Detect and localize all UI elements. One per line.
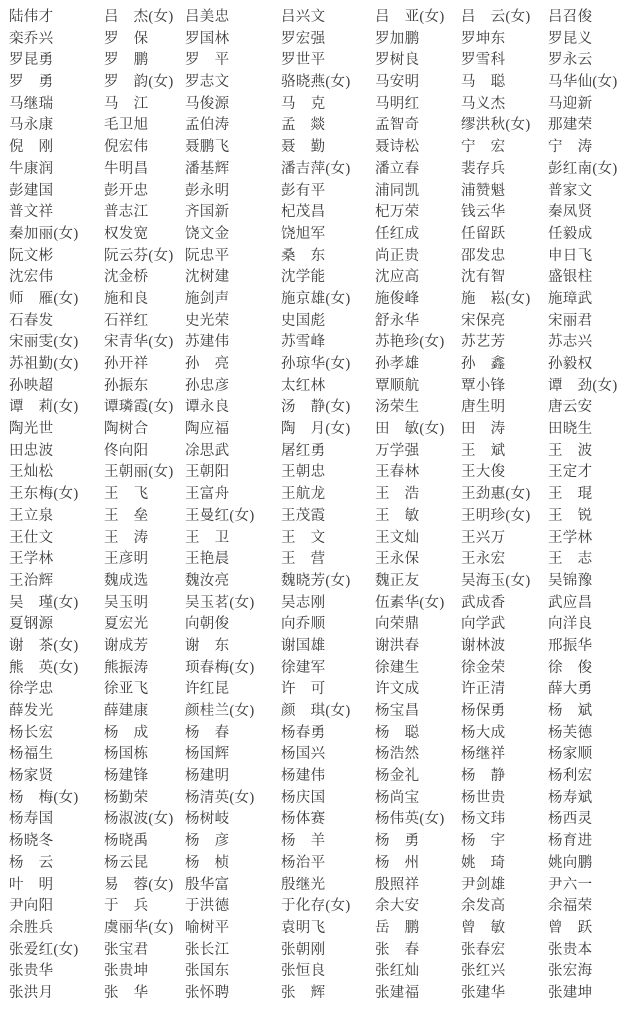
name-cell: 吕 亚(女) xyxy=(375,7,461,29)
name-cell: 马明红 xyxy=(375,94,461,116)
name-cell: 张建坤 xyxy=(548,983,638,1005)
name-cell: 唐生明 xyxy=(461,397,548,419)
name-cell: 王春林 xyxy=(375,462,461,484)
name-cell: 熊 英(女) xyxy=(9,658,104,680)
name-cell: 魏成选 xyxy=(104,571,185,593)
name-cell: 苏艺芳 xyxy=(461,332,548,354)
name-cell: 阮文彬 xyxy=(9,246,104,268)
name-cell: 施京雄(女) xyxy=(281,289,375,311)
name-cell: 杨 春 xyxy=(185,723,281,745)
name-cell: 宁 涛 xyxy=(548,137,638,159)
name-cell: 王劲惠(女) xyxy=(461,484,548,506)
name-cell: 钱云华 xyxy=(461,202,548,224)
name-cell: 杨寿国 xyxy=(9,809,104,831)
name-cell: 罗 鹏 xyxy=(104,50,185,72)
name-cell: 王 志 xyxy=(548,549,638,571)
name-cell: 秦加丽(女) xyxy=(9,224,104,246)
name-cell: 史光荣 xyxy=(185,311,281,333)
name-cell: 孟 燚 xyxy=(281,115,375,137)
name-cell: 杨体赛 xyxy=(281,809,375,831)
name-cell: 聂诗松 xyxy=(375,137,461,159)
name-cell: 尹向阳 xyxy=(9,896,104,918)
name-cell: 孟智奇 xyxy=(375,115,461,137)
name-cell: 谭 莉(女) xyxy=(9,397,104,419)
name-cell: 田晓生 xyxy=(548,419,638,441)
name-cell: 王明珍(女) xyxy=(461,506,548,528)
name-cell: 杨福生 xyxy=(9,744,104,766)
name-cell: 申日飞 xyxy=(548,246,638,268)
name-cell: 王朝丽(女) xyxy=(104,462,185,484)
name-cell: 马 克 xyxy=(281,94,375,116)
name-cell: 许 可 xyxy=(281,679,375,701)
name-cell: 孙琼华(女) xyxy=(281,354,375,376)
name-cell: 沈树建 xyxy=(185,267,281,289)
name-cell: 孙 亮 xyxy=(185,354,281,376)
name-cell: 石祥红 xyxy=(104,311,185,333)
name-cell: 杨 斌 xyxy=(548,701,638,723)
name-cell: 吴 瑾(女) xyxy=(9,593,104,615)
name-cell: 罗加鹏 xyxy=(375,29,461,51)
name-cell: 王茂霞 xyxy=(281,506,375,528)
name-cell: 王灿松 xyxy=(9,462,104,484)
name-cell: 谢洪春 xyxy=(375,636,461,658)
name-cell: 熊振涛 xyxy=(104,658,185,680)
name-cell: 尹剑雄 xyxy=(461,875,548,897)
name-cell: 王文灿 xyxy=(375,528,461,550)
name-cell: 毛卫旭 xyxy=(104,115,185,137)
name-cell: 张 华 xyxy=(104,983,185,1005)
name-cell: 王永保 xyxy=(375,549,461,571)
name-cell: 浦同凯 xyxy=(375,181,461,203)
name-cell: 张宏海 xyxy=(548,961,638,983)
name-cell: 向洋良 xyxy=(548,614,638,636)
name-cell: 罗 平 xyxy=(185,50,281,72)
name-cell: 阮云芬(女) xyxy=(104,246,185,268)
name-cell: 谭 劲(女) xyxy=(548,376,638,398)
name-cell: 魏正友 xyxy=(375,571,461,593)
name-cell: 施剑声 xyxy=(185,289,281,311)
name-cell: 袁明飞 xyxy=(281,918,375,940)
name-cell: 万学强 xyxy=(375,441,461,463)
name-cell: 王 斌 xyxy=(461,441,548,463)
name-cell: 苏雪峰 xyxy=(281,332,375,354)
name-cell: 马 江 xyxy=(104,94,185,116)
name-cell: 杨晓冬 xyxy=(9,831,104,853)
name-cell: 张宝君 xyxy=(104,940,185,962)
name-cell: 苏祖勤(女) xyxy=(9,354,104,376)
name-cell: 杨育进 xyxy=(548,831,638,853)
name-cell: 倪宏伟 xyxy=(104,137,185,159)
name-cell: 沈学能 xyxy=(281,267,375,289)
name-cell: 缪洪秋(女) xyxy=(461,115,548,137)
name-cell: 陶 月(女) xyxy=(281,419,375,441)
name-cell: 罗永云 xyxy=(548,50,638,72)
name-cell: 邵发忠 xyxy=(461,246,548,268)
name-cell: 杨伟英(女) xyxy=(375,809,461,831)
name-cell: 凃思武 xyxy=(185,441,281,463)
name-cell: 张建华 xyxy=(461,983,548,1005)
name-cell: 吕 杰(女) xyxy=(104,7,185,29)
name-cell: 陆伟才 xyxy=(9,7,104,29)
name-cell: 王治辉 xyxy=(9,571,104,593)
name-cell: 岳 鹏 xyxy=(375,918,461,940)
name-cell: 裴存兵 xyxy=(461,159,548,181)
name-cell: 张贵本 xyxy=(548,940,638,962)
name-cell: 吕召俊 xyxy=(548,7,638,29)
name-cell: 杨 羊 xyxy=(281,831,375,853)
name-cell: 姚向鹏 xyxy=(548,853,638,875)
name-cell: 杨尚宝 xyxy=(375,788,461,810)
name-cell: 徐学忠 xyxy=(9,679,104,701)
name-cell: 彭永明 xyxy=(185,181,281,203)
name-cell: 谢 东 xyxy=(185,636,281,658)
name-cell: 谢 茶(女) xyxy=(9,636,104,658)
name-cell: 夏钢源 xyxy=(9,614,104,636)
name-cell: 张红灿 xyxy=(375,961,461,983)
name-cell: 马继瑞 xyxy=(9,94,104,116)
name-cell: 孙振东 xyxy=(104,376,185,398)
name-cell: 孙忠彦 xyxy=(185,376,281,398)
name-cell: 汤 静(女) xyxy=(281,397,375,419)
name-cell: 杨 聪 xyxy=(375,723,461,745)
name-cell: 颜 琪(女) xyxy=(281,701,375,723)
name-cell: 吴玉茗(女) xyxy=(185,593,281,615)
name-cell: 王立泉 xyxy=(9,506,104,528)
name-cell: 王曼红(女) xyxy=(185,506,281,528)
name-cell: 杨金礼 xyxy=(375,766,461,788)
name-cell: 许正清 xyxy=(461,679,548,701)
name-cell: 张红兴 xyxy=(461,961,548,983)
name-cell: 余发高 xyxy=(461,896,548,918)
name-cell: 杨 云 xyxy=(9,853,104,875)
name-cell: 田忠波 xyxy=(9,441,104,463)
name-cell: 邢振华 xyxy=(548,636,638,658)
name-cell: 栾乔兴 xyxy=(9,29,104,51)
name-cell: 吕兴文 xyxy=(281,7,375,29)
name-cell: 马永康 xyxy=(9,115,104,137)
name-cell: 罗昆义 xyxy=(548,29,638,51)
name-cell: 普家文 xyxy=(548,181,638,203)
name-cell: 谭永良 xyxy=(185,397,281,419)
name-cell: 杨 桢 xyxy=(185,853,281,875)
name-cell: 徐建生 xyxy=(375,658,461,680)
name-cell: 杨淑波(女) xyxy=(104,809,185,831)
name-cell: 向学武 xyxy=(461,614,548,636)
name-cell: 王 卫 xyxy=(185,528,281,550)
name-cell: 殷继光 xyxy=(281,875,375,897)
name-cell: 薛大勇 xyxy=(548,679,638,701)
name-cell: 余福荣 xyxy=(548,896,638,918)
name-cell: 马 聪 xyxy=(461,72,548,94)
name-cell: 杨宝昌 xyxy=(375,701,461,723)
name-cell: 屠红勇 xyxy=(281,441,375,463)
name-cell: 王 涛 xyxy=(104,528,185,550)
name-cell: 马俊源 xyxy=(185,94,281,116)
name-cell: 张 辉 xyxy=(281,983,375,1005)
name-cell: 尚正贵 xyxy=(375,246,461,268)
name-cell: 虞丽华(女) xyxy=(104,918,185,940)
name-cell: 王大俊 xyxy=(461,462,548,484)
name-cell: 王艳晨 xyxy=(185,549,281,571)
name-cell: 张朝刚 xyxy=(281,940,375,962)
name-cell: 杨 彦 xyxy=(185,831,281,853)
name-cell: 徐金荣 xyxy=(461,658,548,680)
name-cell: 夏宏光 xyxy=(104,614,185,636)
name-cell: 彭有平 xyxy=(281,181,375,203)
name-cell: 武成香 xyxy=(461,593,548,615)
name-cell: 薛建康 xyxy=(104,701,185,723)
name-cell: 张建福 xyxy=(375,983,461,1005)
name-cell: 杨春勇 xyxy=(281,723,375,745)
name-cell: 石春发 xyxy=(9,311,104,333)
name-cell: 张贵华 xyxy=(9,961,104,983)
name-cell: 向乔顺 xyxy=(281,614,375,636)
name-cell: 于 兵 xyxy=(104,896,185,918)
name-cell: 王朝阳 xyxy=(185,462,281,484)
name-cell: 王 敏 xyxy=(375,506,461,528)
name-cell: 普文祥 xyxy=(9,202,104,224)
name-cell: 陶应福 xyxy=(185,419,281,441)
name-cell: 罗世平 xyxy=(281,50,375,72)
name-cell: 田 敏(女) xyxy=(375,419,461,441)
name-cell: 王 营 xyxy=(281,549,375,571)
name-cell: 饶旭军 xyxy=(281,224,375,246)
name-list-page: 陆伟才吕 杰(女)吕美忠吕兴文吕 亚(女)吕 云(女)吕召俊栾乔兴罗 保罗国林罗… xyxy=(0,0,640,1009)
name-cell: 张春宏 xyxy=(461,940,548,962)
name-cell: 杨家顺 xyxy=(548,744,638,766)
name-cell: 史国彪 xyxy=(281,311,375,333)
name-cell: 王 飞 xyxy=(104,484,185,506)
name-cell: 吴锦豫 xyxy=(548,571,638,593)
name-cell: 盛银柱 xyxy=(548,267,638,289)
name-cell: 汤荣生 xyxy=(375,397,461,419)
name-cell: 杨庆国 xyxy=(281,788,375,810)
name-cell: 权发宽 xyxy=(104,224,185,246)
name-cell: 任毅成 xyxy=(548,224,638,246)
name-cell: 杨 州 xyxy=(375,853,461,875)
name-cell: 孙映超 xyxy=(9,376,104,398)
name-cell: 王永宏 xyxy=(461,549,548,571)
name-cell: 杨治平 xyxy=(281,853,375,875)
name-cell: 罗 勇 xyxy=(9,72,104,94)
name-cell: 沈金桥 xyxy=(104,267,185,289)
name-cell: 罗志文 xyxy=(185,72,281,94)
name-cell: 杨勤荣 xyxy=(104,788,185,810)
name-cell: 谢成芳 xyxy=(104,636,185,658)
name-cell: 杨家贤 xyxy=(9,766,104,788)
name-cell: 杨 宇 xyxy=(461,831,548,853)
name-cell: 张 春 xyxy=(375,940,461,962)
name-cell: 孟伯涛 xyxy=(185,115,281,137)
name-cell: 武应昌 xyxy=(548,593,638,615)
name-cell: 罗国林 xyxy=(185,29,281,51)
name-cell: 饶文金 xyxy=(185,224,281,246)
name-cell: 谢林波 xyxy=(461,636,548,658)
name-cell: 杨世贵 xyxy=(461,788,548,810)
name-cell: 陶光世 xyxy=(9,419,104,441)
name-cell: 骆晓燕(女) xyxy=(281,72,375,94)
name-cell: 杞茂昌 xyxy=(281,202,375,224)
name-cell: 许红昆 xyxy=(185,679,281,701)
name-cell: 杨树岐 xyxy=(185,809,281,831)
name-cell: 王 琨 xyxy=(548,484,638,506)
name-cell: 苏志兴 xyxy=(548,332,638,354)
name-cell: 杨保勇 xyxy=(461,701,548,723)
name-cell: 孙 鑫 xyxy=(461,354,548,376)
name-cell: 杞万荣 xyxy=(375,202,461,224)
name-cell: 马安明 xyxy=(375,72,461,94)
name-cell: 殷华富 xyxy=(185,875,281,897)
name-cell: 浦赞魁 xyxy=(461,181,548,203)
name-cell: 魏晓芳(女) xyxy=(281,571,375,593)
name-cell: 顼春梅(女) xyxy=(185,658,281,680)
name-cell: 宋丽雯(女) xyxy=(9,332,104,354)
name-cell: 颜桂兰(女) xyxy=(185,701,281,723)
name-cell: 杨利宏 xyxy=(548,766,638,788)
name-cell: 许文成 xyxy=(375,679,461,701)
name-cell: 向朝俊 xyxy=(185,614,281,636)
name-cell: 杨芙德 xyxy=(548,723,638,745)
name-cell: 普志江 xyxy=(104,202,185,224)
name-cell: 杨长宏 xyxy=(9,723,104,745)
name-cell: 宋丽君 xyxy=(548,311,638,333)
name-cell: 薛发光 xyxy=(9,701,104,723)
name-cell: 杨 静 xyxy=(461,766,548,788)
name-cell: 杨西灵 xyxy=(548,809,638,831)
name-cell: 叶 明 xyxy=(9,875,104,897)
name-cell: 张长江 xyxy=(185,940,281,962)
name-cell: 彭开忠 xyxy=(104,181,185,203)
name-cell: 王兴万 xyxy=(461,528,548,550)
name-cell: 潘基辉 xyxy=(185,159,281,181)
name-cell: 谭璘霞(女) xyxy=(104,397,185,419)
name-cell: 王仕文 xyxy=(9,528,104,550)
name-cell: 田 涛 xyxy=(461,419,548,441)
name-cell: 孙开祥 xyxy=(104,354,185,376)
name-cell: 苏艳珍(女) xyxy=(375,332,461,354)
name-cell: 王 浩 xyxy=(375,484,461,506)
name-cell: 王富舟 xyxy=(185,484,281,506)
name-cell: 宋保亮 xyxy=(461,311,548,333)
name-cell: 王学林 xyxy=(9,549,104,571)
name-cell: 王航龙 xyxy=(281,484,375,506)
name-cell: 于洪德 xyxy=(185,896,281,918)
name-cell: 彭建国 xyxy=(9,181,104,203)
name-cell: 杨浩然 xyxy=(375,744,461,766)
name-cell: 杨建锋 xyxy=(104,766,185,788)
name-cell: 杨晓禹 xyxy=(104,831,185,853)
name-cell: 吴玉明 xyxy=(104,593,185,615)
name-cell: 舒永华 xyxy=(375,311,461,333)
name-cell: 太红林 xyxy=(281,376,375,398)
name-cell: 余大安 xyxy=(375,896,461,918)
name-cell: 聂鹏飞 xyxy=(185,137,281,159)
name-cell: 吴海玉(女) xyxy=(461,571,548,593)
name-cell: 王学林 xyxy=(548,528,638,550)
name-cell: 牛康润 xyxy=(9,159,104,181)
name-cell: 孙毅权 xyxy=(548,354,638,376)
name-cell: 王 锐 xyxy=(548,506,638,528)
name-cell: 张爱红(女) xyxy=(9,940,104,962)
name-cell: 彭红南(女) xyxy=(548,159,638,181)
name-cell: 潘立春 xyxy=(375,159,461,181)
name-cell: 王朝忠 xyxy=(281,462,375,484)
name-cell: 伍素华(女) xyxy=(375,593,461,615)
name-cell: 王彦明 xyxy=(104,549,185,571)
name-cell: 吕美忠 xyxy=(185,7,281,29)
name-cell: 罗宏强 xyxy=(281,29,375,51)
name-cell: 曾 敏 xyxy=(461,918,548,940)
name-cell: 杨云昆 xyxy=(104,853,185,875)
name-cell: 师 雁(女) xyxy=(9,289,104,311)
name-cell: 张国东 xyxy=(185,961,281,983)
name-cell: 吴志刚 xyxy=(281,593,375,615)
name-cell: 张怀聘 xyxy=(185,983,281,1005)
name-cell: 齐国新 xyxy=(185,202,281,224)
name-cell: 罗 韵(女) xyxy=(104,72,185,94)
name-cell: 苏建伟 xyxy=(185,332,281,354)
name-cell: 余胜兵 xyxy=(9,918,104,940)
name-grid: 陆伟才吕 杰(女)吕美忠吕兴文吕 亚(女)吕 云(女)吕召俊栾乔兴罗 保罗国林罗… xyxy=(9,7,638,1005)
name-cell: 沈宏伟 xyxy=(9,267,104,289)
name-cell: 易 蓉(女) xyxy=(104,875,185,897)
name-cell: 覃小锋 xyxy=(461,376,548,398)
name-cell: 倪 刚 xyxy=(9,137,104,159)
name-cell: 秦凤贤 xyxy=(548,202,638,224)
name-cell: 魏汝亮 xyxy=(185,571,281,593)
name-cell: 任红成 xyxy=(375,224,461,246)
name-cell: 宁 宏 xyxy=(461,137,548,159)
name-cell: 杨国兴 xyxy=(281,744,375,766)
name-cell: 杨文玮 xyxy=(461,809,548,831)
name-cell: 姚 琦 xyxy=(461,853,548,875)
name-cell: 杨 成 xyxy=(104,723,185,745)
name-cell: 曾 跃 xyxy=(548,918,638,940)
name-cell: 徐 俊 xyxy=(548,658,638,680)
name-cell: 罗昆勇 xyxy=(9,50,104,72)
name-cell: 罗雪科 xyxy=(461,50,548,72)
name-cell: 杨国辉 xyxy=(185,744,281,766)
name-cell: 马华仙(女) xyxy=(548,72,638,94)
name-cell: 尹六一 xyxy=(548,875,638,897)
name-cell: 罗 保 xyxy=(104,29,185,51)
name-cell: 任留跃 xyxy=(461,224,548,246)
name-cell: 沈应高 xyxy=(375,267,461,289)
name-cell: 施俊峰 xyxy=(375,289,461,311)
name-cell: 牛明昌 xyxy=(104,159,185,181)
name-cell: 徐建军 xyxy=(281,658,375,680)
name-cell: 覃顺航 xyxy=(375,376,461,398)
name-cell: 陶树合 xyxy=(104,419,185,441)
name-cell: 杨国栋 xyxy=(104,744,185,766)
name-cell: 徐亚飞 xyxy=(104,679,185,701)
name-cell: 唐云安 xyxy=(548,397,638,419)
name-cell: 张贵坤 xyxy=(104,961,185,983)
name-cell: 吕 云(女) xyxy=(461,7,548,29)
name-cell: 于化存(女) xyxy=(281,896,375,918)
name-cell: 佟向阳 xyxy=(104,441,185,463)
name-cell: 聂 勤 xyxy=(281,137,375,159)
name-cell: 张洪月 xyxy=(9,983,104,1005)
name-cell: 桑 东 xyxy=(281,246,375,268)
name-cell: 沈有智 xyxy=(461,267,548,289)
name-cell: 杨寿斌 xyxy=(548,788,638,810)
name-cell: 马义杰 xyxy=(461,94,548,116)
name-cell: 那建荣 xyxy=(548,115,638,137)
name-cell: 潘吉萍(女) xyxy=(281,159,375,181)
name-cell: 杨 梅(女) xyxy=(9,788,104,810)
name-cell: 向荣鼎 xyxy=(375,614,461,636)
